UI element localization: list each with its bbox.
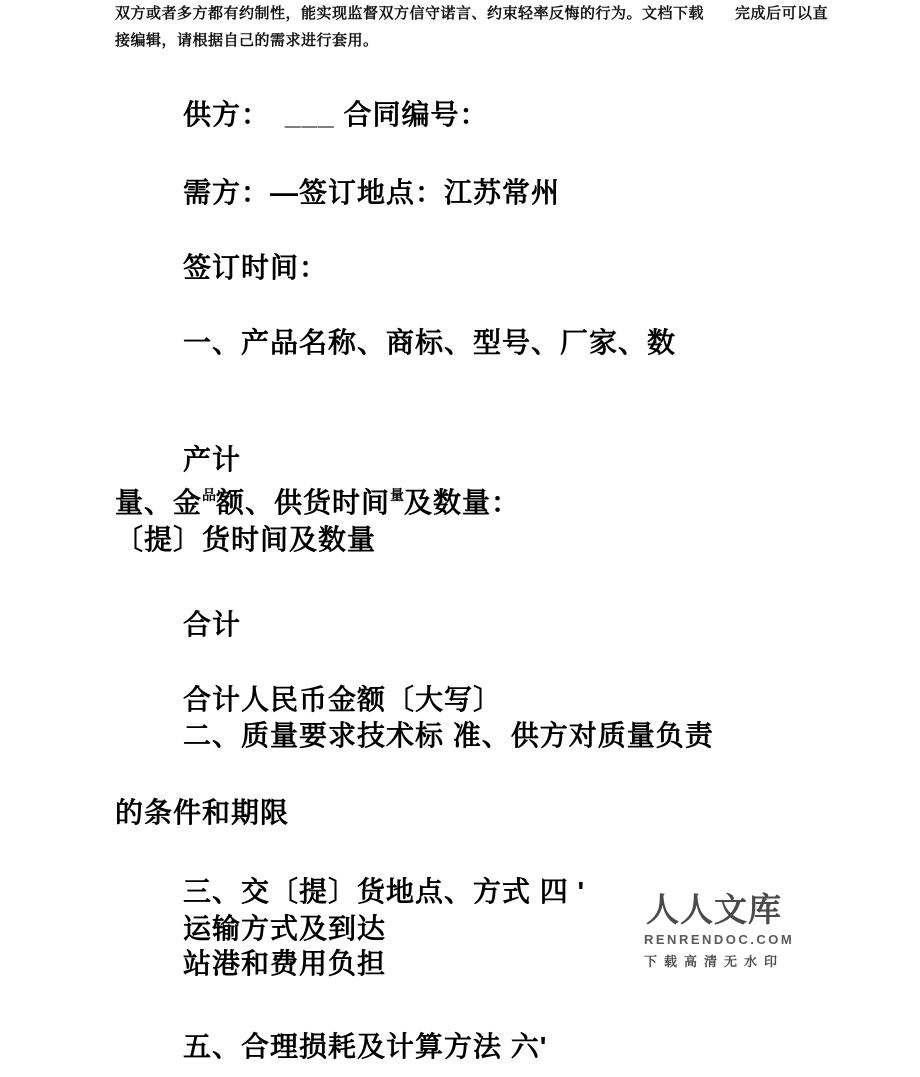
station-fee-line: 站港和费用负担 [183, 946, 386, 981]
watermark-domain-text: RENRENDOC.COM [644, 932, 784, 947]
quantity-part-1: 量、金 [115, 487, 202, 518]
quantity-part-3: 及数量： [404, 487, 520, 518]
buyer-signing-place-line: 需方：—签订地点：江苏常州 [183, 175, 560, 210]
quantity-superscript-pin: 品 [202, 487, 216, 503]
quantity-part-2: 额、供货时间 [216, 487, 390, 518]
quantity-superscript-liang: 量 [390, 487, 404, 503]
clause-2-line: 二、质量要求技术标 准、供方对质量负责 [183, 718, 714, 753]
intro-line-1: 双方或者多方都有约制性，能实现监督双方信守诺言、约束轻率反悔的行为。文档下载 完… [115, 5, 828, 24]
chan-ji-line: 产计 [183, 442, 241, 477]
conditions-line: 的条件和期限 [115, 795, 289, 830]
total-rmb-line: 合计人民币金额〔大写〕 [183, 682, 502, 717]
clause-3-line: 三、交〔提〕货地点、方式 四 ' [183, 874, 585, 909]
signing-time-line: 签订时间： [183, 250, 328, 285]
intro-line-2: 接编辑，请根据自己的需求进行套用。 [115, 32, 379, 51]
document-page: 双方或者多方都有约制性，能实现监督双方信守诺言、约束轻率反悔的行为。文档下载 完… [0, 0, 920, 1077]
transport-line: 运输方式及到达 [183, 911, 386, 946]
watermark: 人人文库 RENRENDOC.COM 下载高清无水印 [644, 894, 784, 970]
total-line: 合计 [183, 607, 241, 642]
quantity-amount-line: 量、金品额、供货时间量及数量： [115, 485, 520, 520]
watermark-logo-text: 人人文库 [644, 894, 784, 929]
pickup-time-line: 〔提〕货时间及数量 [115, 522, 376, 557]
clause-1-line: 一、产品名称、商标、型号、厂家、数 [183, 325, 676, 360]
clause-5-line: 五、合理损耗及计算方法 六' [183, 1029, 547, 1064]
watermark-tagline-text: 下载高清无水印 [644, 951, 784, 970]
supplier-contract-number-line: 供方： ___ 合同编号： [183, 97, 489, 132]
